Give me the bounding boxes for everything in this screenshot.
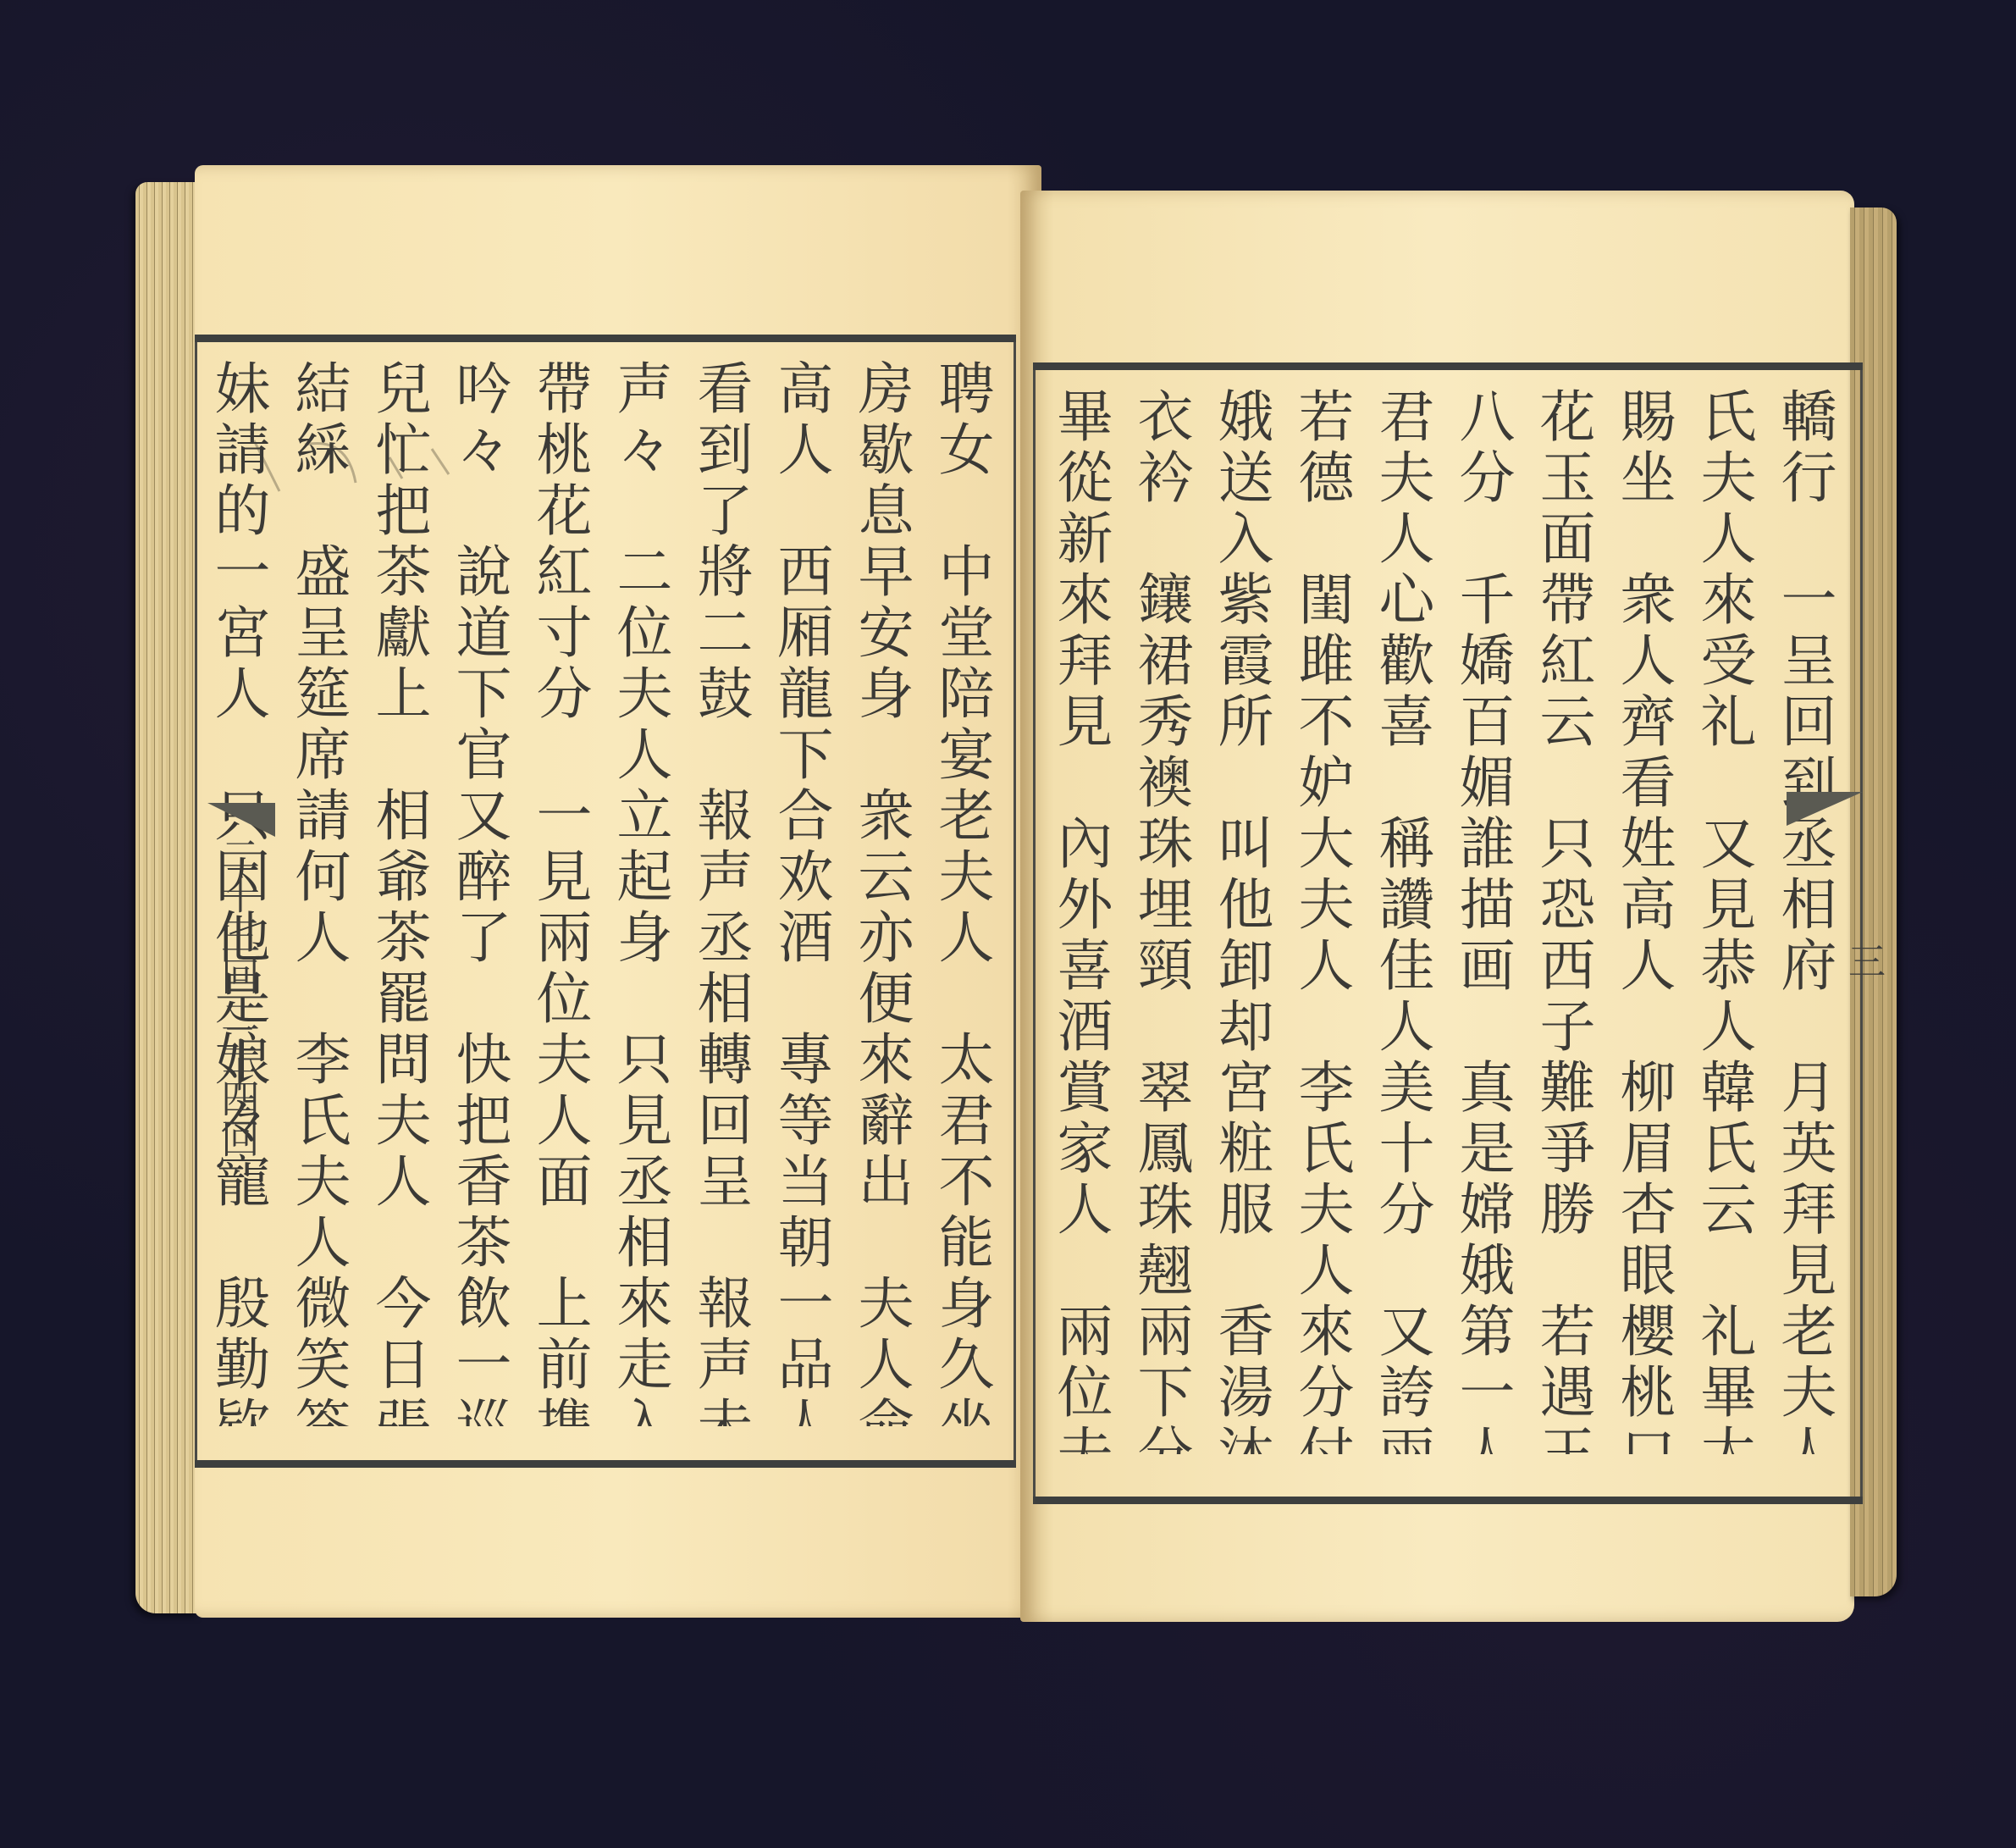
text-column: 兒忙把茶獻上 相爺茶罷問夫人 今日張燈與: [356, 359, 436, 1426]
text-column: 轎行 一呈回到丞相府 月英拜見老夫人 李: [1761, 387, 1842, 1454]
text-column: 八分 千嬌百媚誰描画 真是嫦娥第一人 太: [1439, 387, 1520, 1454]
left-page-columns: 聘女 中堂陪宴老夫人 太君不能身久坐 八 房歇息早安身 衆云亦便來辭出 夫人命退…: [195, 359, 999, 1426]
frame-left-border: [1033, 370, 1036, 1497]
text-column: 高人 西厢龍下合欢酒 專等当朝一品人 看: [758, 359, 838, 1426]
text-column: 声々 二位夫人立起身 只見丞相來走入 而: [597, 359, 677, 1426]
fishtail-ornament-right: [1787, 792, 1863, 826]
frame-right-border: [1014, 342, 1016, 1460]
folio-number-left: 二十三: [212, 1021, 262, 1127]
text-column: 花玉面帶紅云 只恐西子難爭勝 若遇王嬙遜: [1520, 387, 1600, 1454]
frame-right-border: [1860, 370, 1863, 1497]
fishtail-ornament-left: [207, 803, 275, 837]
text-column: 房歇息早安身 衆云亦便來辭出 夫人命退姓: [838, 359, 919, 1426]
text-column: 若德 閨雎不妒大夫人 李氏夫人來分付 宮: [1279, 387, 1359, 1454]
right-page-text-frame: 轎行 一呈回到丞相府 月英拜見老夫人 李 氏夫人來受礼 又見恭人韓氏云 礼畢太君…: [1033, 362, 1863, 1504]
left-page-text-frame: 聘女 中堂陪宴老夫人 太君不能身久坐 八 房歇息早安身 衆云亦便來辭出 夫人命退…: [195, 335, 1016, 1468]
folio-number-right: 三: [1836, 942, 1890, 979]
text-column: 賜坐 衆人齊看姓高人 柳眉杏眼櫻桃口 梨: [1600, 387, 1681, 1454]
text-column: 聘女 中堂陪宴老夫人 太君不能身久坐 八: [919, 359, 999, 1426]
page-edges-left: [135, 182, 199, 1613]
text-column: 娥送入紫霞所 叫他卸却宮粧服 香湯沐浴換: [1198, 387, 1279, 1454]
text-column: 吟々 說道下官又醉了 快把香茶飲一巡 侍: [436, 359, 516, 1426]
text-column: 結綵 盛呈筵席請何人 李氏夫人微笑答 妹: [275, 359, 356, 1426]
text-column: 畢從新來拜見 內外喜酒賞家人 兩位夫人高: [1037, 387, 1118, 1454]
text-column: 君夫人心歡喜 稱讚佳人美十分 又誇兩媳真: [1359, 387, 1439, 1454]
right-page-columns: 轎行 一呈回到丞相府 月英拜見老夫人 李 氏夫人來受礼 又見恭人韓氏云 礼畢太君…: [1037, 387, 1842, 1454]
text-column: 衣衿 鑲裙秀襖珠埋頸 翠鳳珠翹兩下分 妝: [1118, 387, 1198, 1454]
text-column: 氏夫人來受礼 又見恭人韓氏云 礼畢太君來: [1681, 387, 1761, 1454]
text-column: 帶桃花紅寸分 一見兩位夫人面 上前携手笑: [516, 359, 597, 1426]
text-column: 看到了將二鼓 報声丞相轉回呈 報声未了靴: [677, 359, 758, 1426]
